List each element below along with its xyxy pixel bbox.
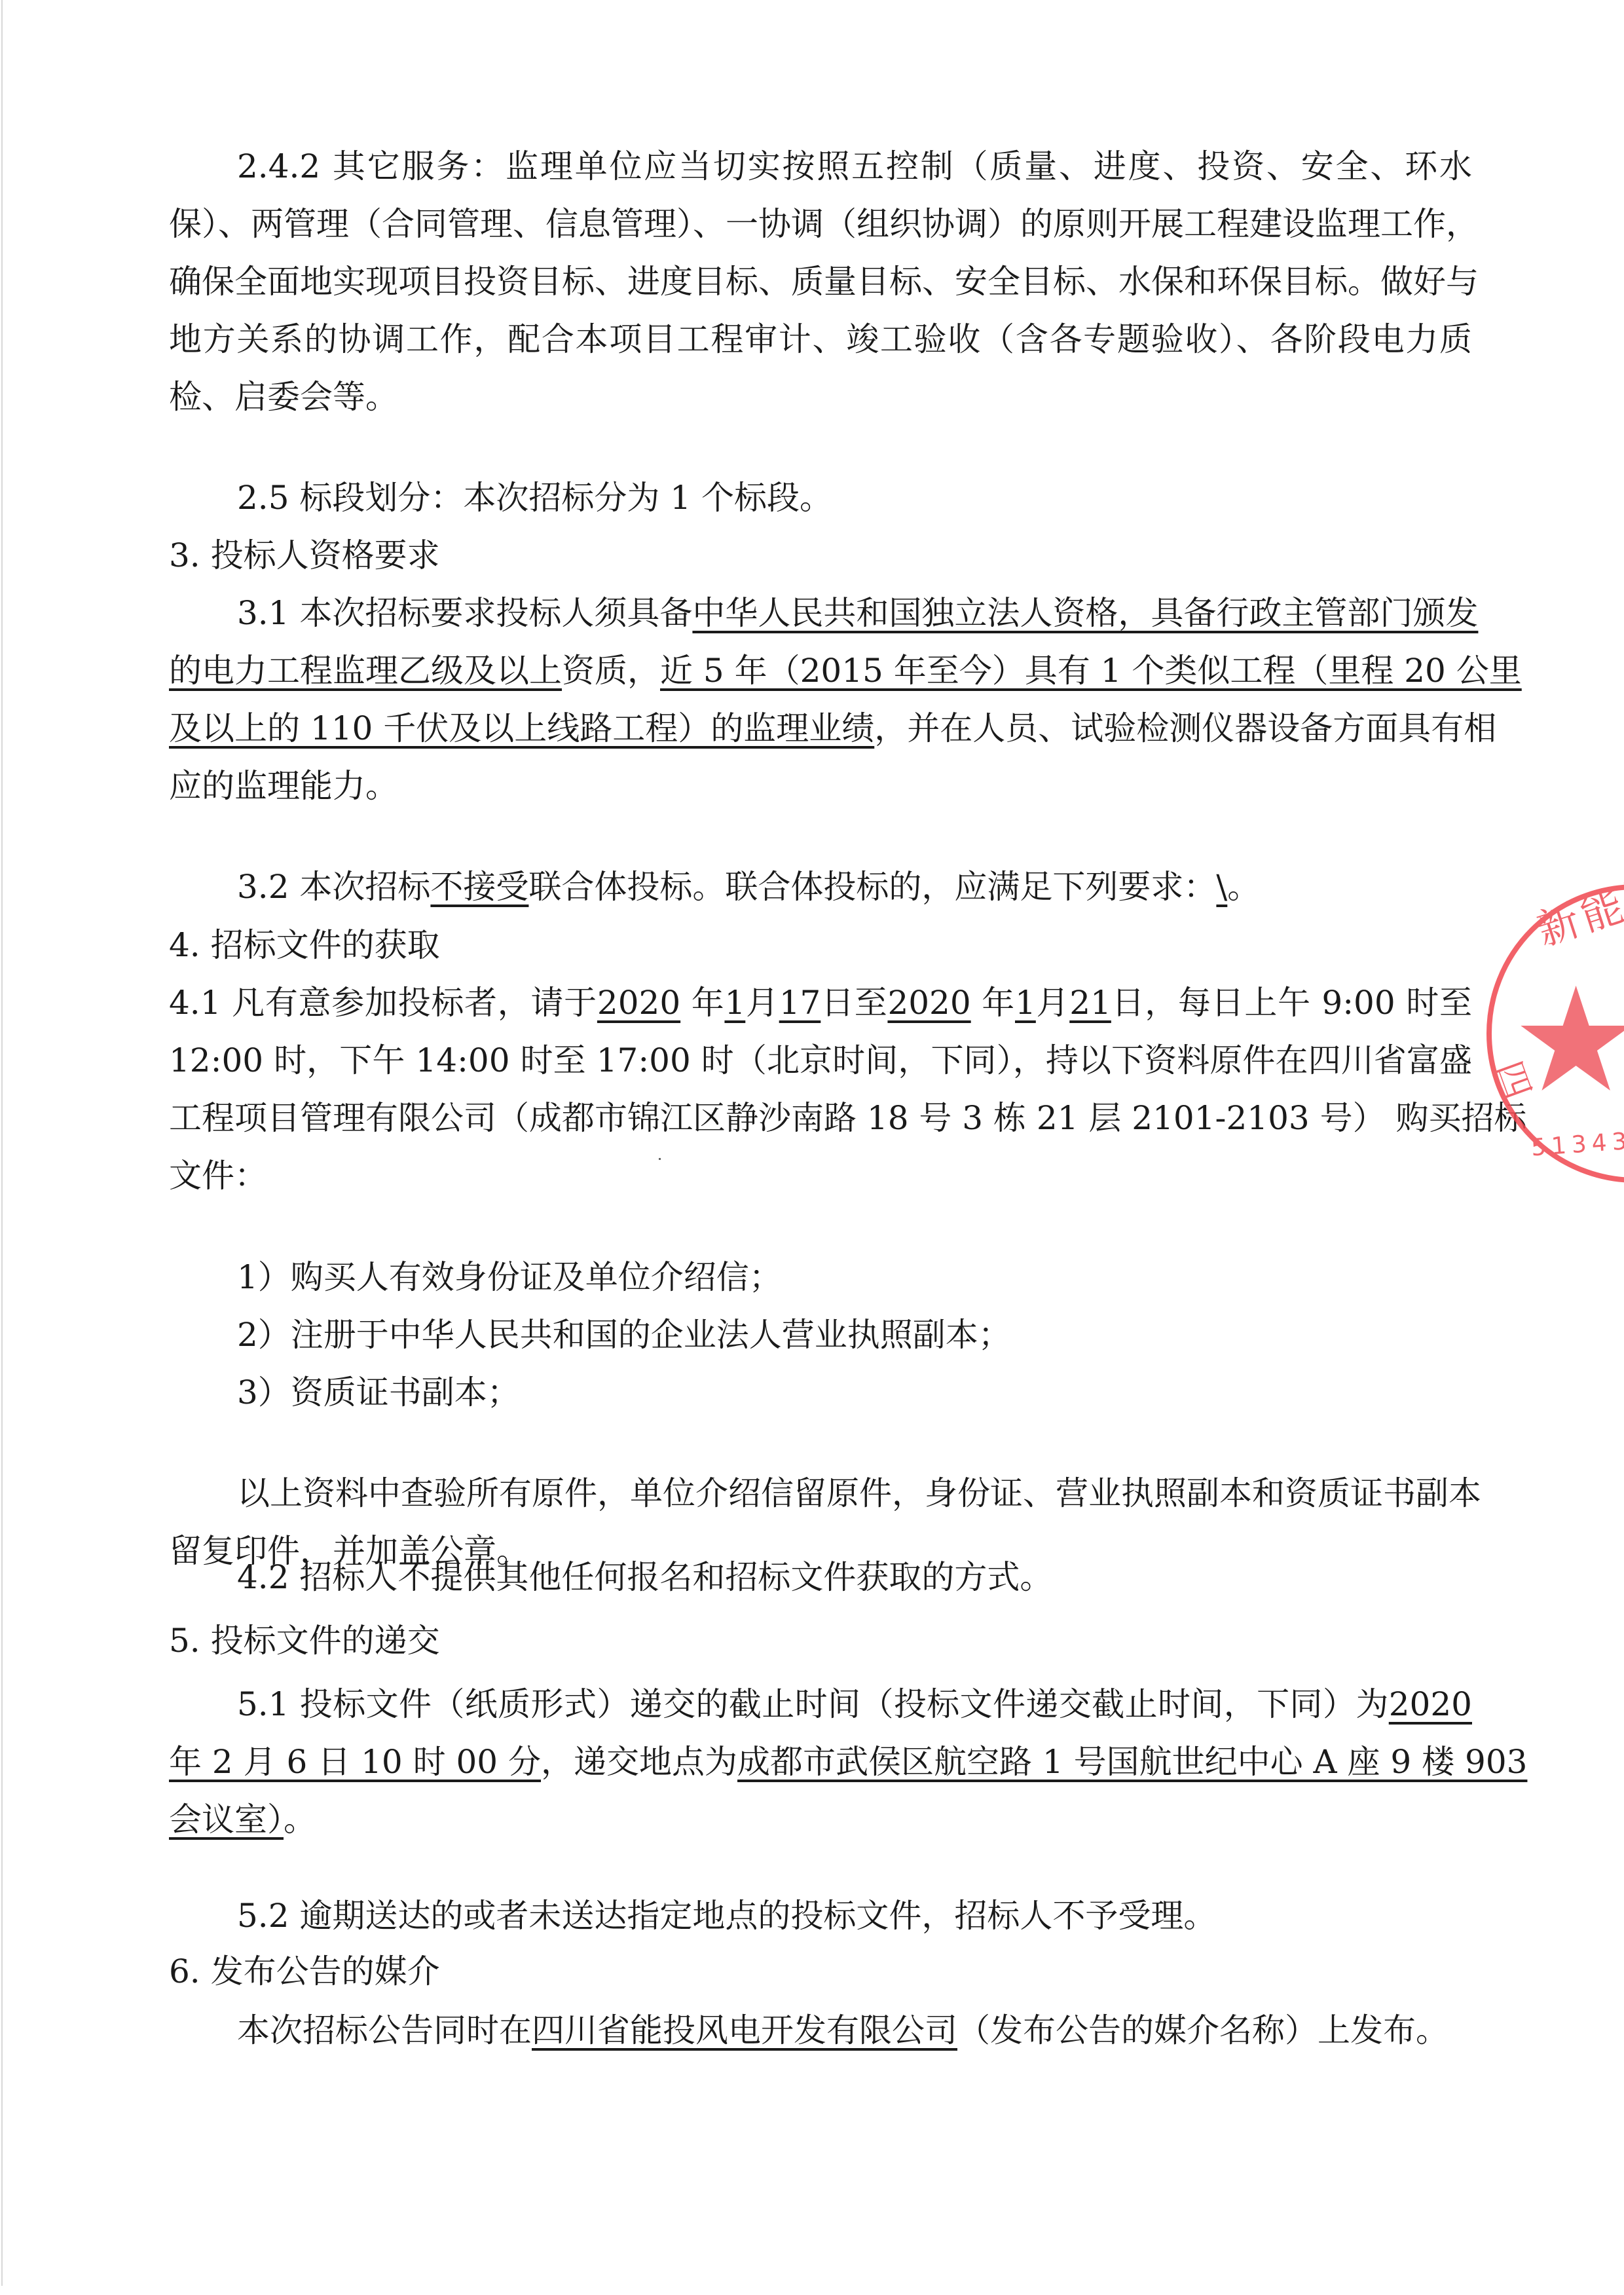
section-6-text: （发布公告的媒介名称）上发布。	[957, 2011, 1449, 2049]
material-item-1: 1）购买人有效身份证及单位介绍信；	[237, 1248, 782, 1306]
section-4-1-line-4: 文件：	[169, 1147, 267, 1204]
section-6-body: 本次招标公告同时在四川省能投风电开发有限公司（发布公告的媒介名称）上发布。	[237, 2002, 1449, 2059]
section-4-1-text: 4.1 凡有意参加投标者，请于	[169, 984, 597, 1022]
underlined-not-accepted: 不接受	[430, 868, 528, 906]
section-5-1-line-1: 5.1 投标文件（纸质形式）递交的截止时间（投标文件递交截止时间，下同）为202…	[237, 1675, 1472, 1733]
seal-arc-text: 新能源开	[1528, 844, 1624, 958]
end-month: 1	[1015, 984, 1036, 1022]
to-label: 日至	[821, 984, 887, 1022]
heading-4-obtaining-documents: 4. 招标文件的获取	[169, 916, 440, 974]
month-label: 月	[1036, 984, 1069, 1022]
underlined-requirement: 近 5 年（2015 年至今）具有 1 个类似工程（里程 20 公里	[660, 652, 1522, 690]
section-3-1-line-1: 3.1 本次招标要求投标人须具备中华人民共和国独立法人资格，具备行政主管部门颁发	[237, 584, 1472, 642]
end-day: 21	[1069, 984, 1111, 1022]
material-item-2: 2）注册于中华人民共和国的企业法人营业执照副本；	[237, 1306, 1011, 1364]
underlined-blank: \	[1216, 868, 1227, 906]
deadline-year: 2020	[1389, 1685, 1472, 1723]
submission-location: 会议室）	[169, 1801, 284, 1838]
section-3-1-text: 3.1 本次招标要求投标人须具备	[237, 594, 692, 632]
year-label: 年	[971, 984, 1015, 1022]
section-4-1-line-2: 12:00 时，下午 14:00 时至 17:00 时（北京时间，下同），持以下…	[169, 1032, 1472, 1089]
start-day: 17	[779, 984, 821, 1022]
section-5-1-line-2: 年 2 月 6 日 10 时 00 分，递交地点为成都市武侯区航空路 1 号国航…	[169, 1733, 1472, 1791]
section-6-text: 本次招标公告同时在	[237, 2011, 532, 2049]
section-4-2: 4.2 招标人不提供其他任何报名和招标文件获取的方式。	[237, 1548, 1052, 1606]
section-2-4-2-line-5: 检、启委会等。	[169, 368, 398, 426]
underlined-requirement: 的电力工程监理乙级及以上	[169, 652, 562, 690]
section-3-2-text: 联合体投标。联合体投标的，应满足下列要求：	[528, 868, 1216, 906]
month-label: 月	[745, 984, 779, 1022]
year-label: 年	[680, 984, 724, 1022]
scan-edge-artifact	[1, 0, 3, 2286]
underlined-requirement: 及以上的 110 千伏及以上线路工程）的监理业绩	[169, 709, 874, 747]
section-5-2: 5.2 逾期送达的或者未送达指定地点的投标文件，招标人不予受理。	[237, 1887, 1216, 1945]
section-2-4-2-line-1: 2.4.2 其它服务：监理单位应当切实按照五控制（质量、进度、投资、安全、环水	[237, 138, 1472, 195]
start-month: 1	[724, 984, 745, 1022]
section-4-1-line-3: 工程项目管理有限公司（成都市锦江区静沙南路 18 号 3 栋 21 层 2101…	[169, 1089, 1472, 1147]
section-4-1-line-1: 4.1 凡有意参加投标者，请于2020 年1月17日至2020 年1月21日，每…	[169, 974, 1472, 1032]
submission-location: 成都市武侯区航空路 1 号国航世纪中心 A 座 9 楼 903	[737, 1743, 1527, 1781]
section-3-2-period: 。	[1227, 868, 1260, 906]
heading-3-bidder-qualifications: 3. 投标人资格要求	[169, 527, 440, 584]
section-3-2: 3.2 本次招标不接受联合体投标。联合体投标的，应满足下列要求：\。	[237, 858, 1260, 916]
section-5-1-period: 。	[284, 1801, 316, 1838]
section-3-2-text: 3.2 本次招标	[237, 868, 430, 906]
section-3-1-line-4: 应的监理能力。	[169, 757, 398, 815]
official-seal: 新能源开 ★ 四 513436	[1486, 884, 1624, 1183]
section-2-4-2-line-4: 地方关系的协调工作，配合本项目工程审计、竣工验收（含各专题验收）、各阶段电力质	[169, 310, 1472, 368]
end-year: 2020	[887, 984, 970, 1022]
section-5-1-text: 5.1 投标文件（纸质形式）递交的截止时间（投标文件递交截止时间，下同）为	[237, 1685, 1389, 1723]
section-2-5: 2.5 标段划分：本次招标分为 1 个标段。	[237, 469, 832, 527]
seal-code: 513436	[1530, 1127, 1624, 1162]
section-3-1-line-2: 的电力工程监理乙级及以上资质，近 5 年（2015 年至今）具有 1 个类似工程…	[169, 642, 1472, 700]
section-5-1-line-3: 会议室）。	[169, 1791, 316, 1848]
heading-6-publication-media: 6. 发布公告的媒介	[169, 1943, 440, 2000]
scan-speck	[659, 1158, 661, 1160]
section-3-1-line-3: 及以上的 110 千伏及以上线路工程）的监理业绩，并在人员、试验检测仪器设备方面…	[169, 700, 1472, 757]
section-2-4-2-line-3: 确保全面地实现项目投资目标、进度目标、质量目标、安全目标、水保和环保目标。做好与	[169, 253, 1472, 310]
section-2-4-2-line-2: 保）、两管理（合同管理、信息管理）、一协调（组织协调）的原则开展工程建设监理工作…	[169, 195, 1472, 253]
materials-note-line-1: 以上资料中查验所有原件，单位介绍信留原件，身份证、营业执照副本和资质证书副本	[237, 1465, 1472, 1522]
section-3-1-text: 资质，	[562, 652, 660, 690]
section-3-1-text: ，并在人员、试验检测仪器设备方面具有相	[874, 709, 1496, 747]
start-year: 2020	[597, 984, 680, 1022]
underlined-requirement: 中华人民共和国独立法人资格，具备行政主管部门颁发	[692, 594, 1478, 632]
publication-media-name: 四川省能投风电开发有限公司	[532, 2011, 957, 2049]
deadline-datetime: 年 2 月 6 日 10 时 00 分	[169, 1743, 541, 1781]
section-5-1-text: ，递交地点为	[541, 1743, 737, 1781]
section-4-1-text: 日，每日上午 9:00 时至	[1111, 984, 1472, 1022]
material-item-3: 3）资质证书副本；	[237, 1364, 520, 1421]
heading-5-submission: 5. 投标文件的递交	[169, 1612, 440, 1670]
